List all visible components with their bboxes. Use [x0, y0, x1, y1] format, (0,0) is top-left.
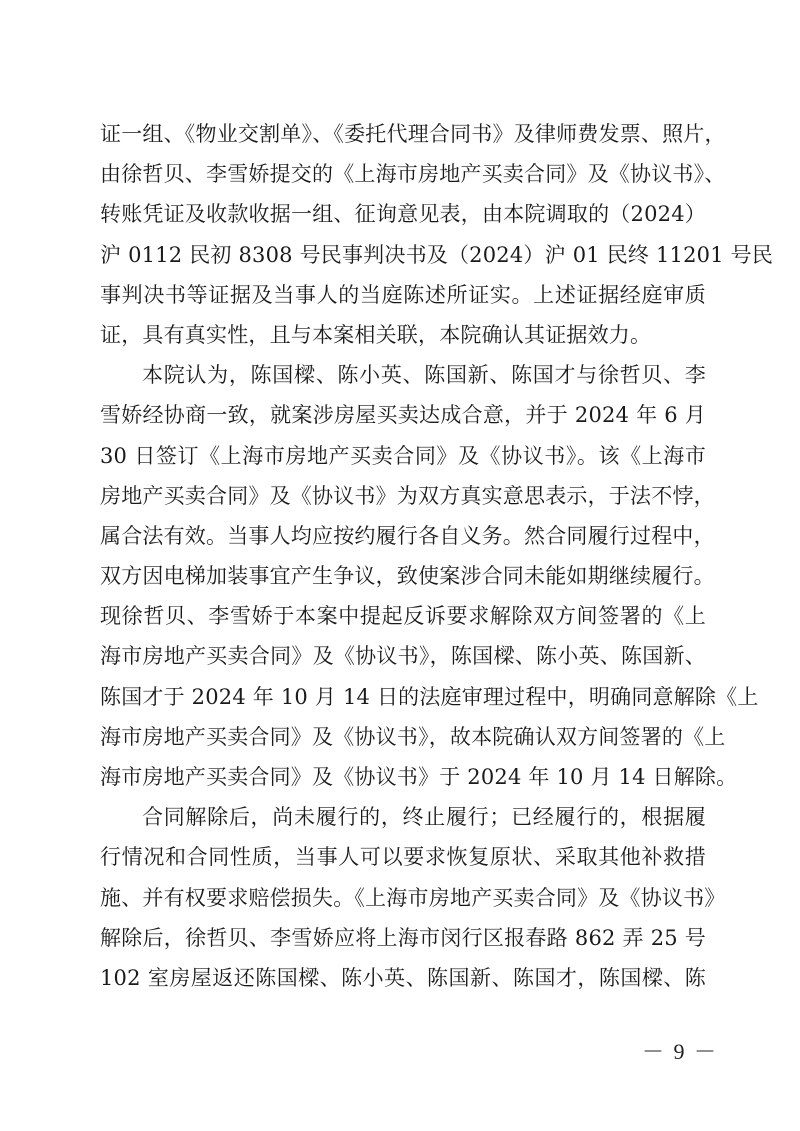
text-line: 行情况和合同性质，当事人可以要求恢复原状、采取其他补救措 [100, 837, 706, 877]
text-line: 本院认为，陈国樑、陈小英、陈国新、陈国才与徐哲贝、李 [100, 355, 706, 395]
text-line: 海市房地产买卖合同》及《协议书》于 2024 年 10 月 14 日解除。 [100, 757, 706, 797]
text-line: 事判决书等证据及当事人的当庭陈述所证实。上述证据经庭审质 [100, 275, 706, 315]
text-line: 施、并有权要求赔偿损失。《上海市房地产买卖合同》及《协议书》 [100, 878, 706, 918]
paragraph-contract-termination: 合同解除后，尚未履行的，终止履行；已经履行的，根据履 行情况和合同性质，当事人可… [100, 797, 706, 998]
text-line: 房地产买卖合同》及《协议书》为双方真实意思表示，于法不悖， [100, 476, 706, 516]
text-line: 合同解除后，尚未履行的，终止履行；已经履行的，根据履 [100, 797, 706, 837]
text-line: 陈国才于 2024 年 10 月 14 日的法庭审理过程中，明确同意解除《上 [100, 677, 706, 717]
document-page: 证一组、《物业交割单》、《委托代理合同书》及律师费发票、照片， 由徐哲贝、李雪娇… [0, 0, 800, 1131]
text-line: 现徐哲贝、李雪娇于本案中提起反诉要求解除双方间签署的《上 [100, 596, 706, 636]
text-line: 30 日签订《上海市房地产买卖合同》及《协议书》。该《上海市 [100, 436, 706, 476]
text-line: 转账凭证及收款收据一组、征询意见表，由本院调取的（2024） [100, 194, 706, 234]
text-line: 双方因电梯加装事宜产生争议，致使案涉合同未能如期继续履行。 [100, 556, 706, 596]
text-line: 沪 0112 民初 8308 号民事判决书及（2024）沪 01 民终 1120… [100, 235, 706, 275]
paragraph-evidence: 证一组、《物业交割单》、《委托代理合同书》及律师费发票、照片， 由徐哲贝、李雪娇… [100, 114, 706, 355]
page-number: － 9 － [640, 1035, 720, 1066]
paragraph-court-opinion: 本院认为，陈国樑、陈小英、陈国新、陈国才与徐哲贝、李 雪娇经协商一致，就案涉房屋… [100, 355, 706, 797]
text-line: 由徐哲贝、李雪娇提交的《上海市房地产买卖合同》及《协议书》、 [100, 154, 706, 194]
text-line: 海市房地产买卖合同》及《协议书》，陈国樑、陈小英、陈国新、 [100, 636, 706, 676]
text-line: 雪娇经协商一致，就案涉房屋买卖达成合意，并于 2024 年 6 月 [100, 395, 706, 435]
document-body: 证一组、《物业交割单》、《委托代理合同书》及律师费发票、照片， 由徐哲贝、李雪娇… [100, 114, 706, 998]
text-line: 海市房地产买卖合同》及《协议书》，故本院确认双方间签署的《上 [100, 717, 706, 757]
text-line: 证，具有真实性，且与本案相关联，本院确认其证据效力。 [100, 315, 706, 355]
text-line: 解除后，徐哲贝、李雪娇应将上海市闵行区报春路 862 弄 25 号 [100, 918, 706, 958]
text-line: 证一组、《物业交割单》、《委托代理合同书》及律师费发票、照片， [100, 114, 706, 154]
text-line: 属合法有效。当事人均应按约履行各自义务。然合同履行过程中， [100, 516, 706, 556]
text-line: 102 室房屋返还陈国樑、陈小英、陈国新、陈国才，陈国樑、陈 [100, 958, 706, 998]
